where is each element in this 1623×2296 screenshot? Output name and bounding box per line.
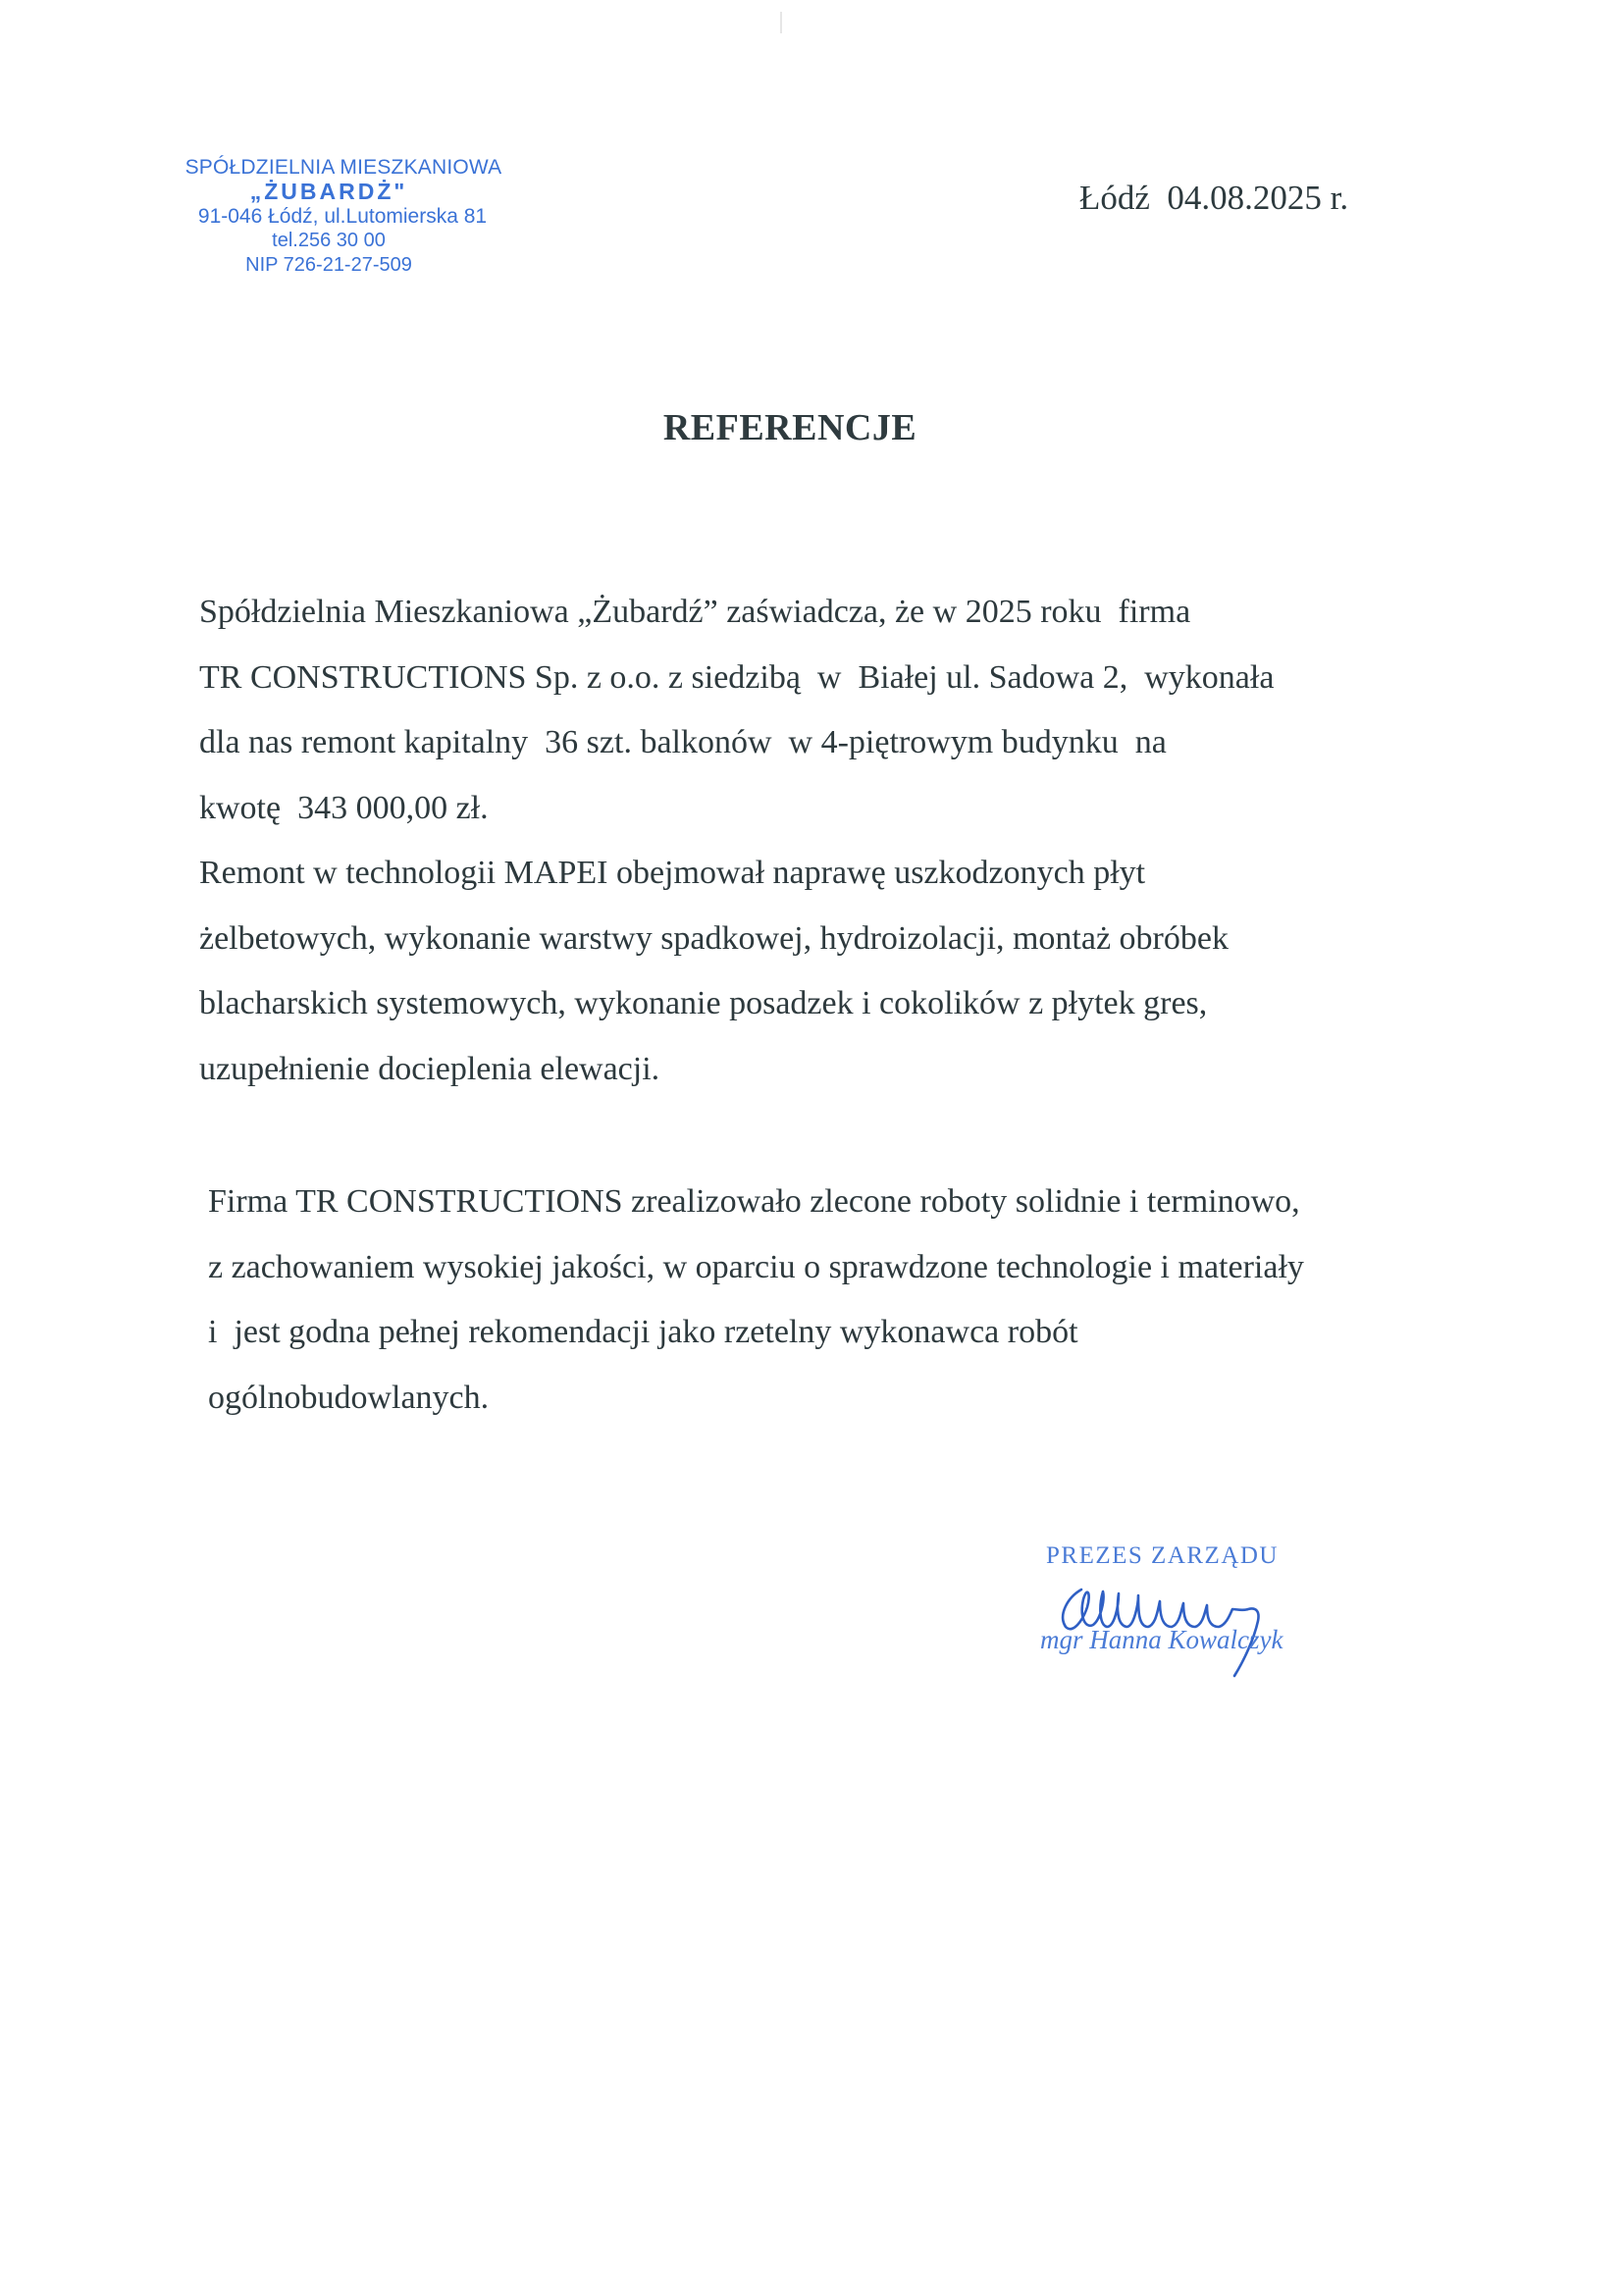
handwritten-signature-icon — [1048, 1570, 1342, 1678]
text-line: dla nas remont kapitalny 36 szt. balkonó… — [199, 710, 1274, 776]
text-line: ogólnobudowlanych. — [208, 1366, 1304, 1432]
stamp-line-name: SPÓŁDZIELNIA MIESZKANIOWA — [157, 155, 530, 180]
text-line: i jest godna pełnej rekomendacji jako rz… — [208, 1300, 1304, 1366]
signatory-name: mgr Hanna Kowalczyk — [1040, 1625, 1283, 1655]
text-line: Remont w technologii MAPEI obejmował nap… — [199, 841, 1274, 907]
signatory-role: PREZES ZARZĄDU — [1046, 1542, 1279, 1570]
document-title: REFERENCJE — [0, 406, 1580, 449]
document-date: Łódź 04.08.2025 r. — [1079, 179, 1348, 218]
text-line: TR CONSTRUCTIONS Sp. z o.o. z siedzibą w… — [199, 646, 1274, 711]
body-paragraph-1: Spółdzielnia Mieszkaniowa „Żubardź” zaśw… — [199, 580, 1274, 1102]
text-line: Firma TR CONSTRUCTIONS zrealizowało zlec… — [208, 1170, 1304, 1235]
scan-artifact — [780, 12, 782, 33]
text-line: kwotę 343 000,00 zł. — [199, 776, 1274, 842]
stamp-line-phone: tel.256 30 00 — [128, 229, 530, 253]
stamp-line-nip: NIP 726-21-27-509 — [128, 253, 530, 278]
text-line: blacharskich systemowych, wykonanie posa… — [199, 971, 1274, 1037]
text-line: żelbetowych, wykonanie warstwy spadkowej… — [199, 907, 1274, 972]
stamp-line-address: 91-046 Łódź, ul.Lutomierska 81 — [155, 204, 530, 229]
stamp-line-brand: „ŻUBARDŻ" — [128, 180, 530, 204]
body-paragraph-2: Firma TR CONSTRUCTIONS zrealizowało zlec… — [208, 1170, 1304, 1431]
document-page: SPÓŁDZIELNIA MIESZKANIOWA „ŻUBARDŻ" 91-0… — [0, 0, 1623, 2296]
company-stamp: SPÓŁDZIELNIA MIESZKANIOWA „ŻUBARDŻ" 91-0… — [157, 155, 530, 278]
text-line: uzupełnienie docieplenia elewacji. — [199, 1037, 1274, 1103]
text-line: Spółdzielnia Mieszkaniowa „Żubardź” zaśw… — [199, 580, 1274, 646]
text-line: z zachowaniem wysokiej jakości, w oparci… — [208, 1235, 1304, 1301]
